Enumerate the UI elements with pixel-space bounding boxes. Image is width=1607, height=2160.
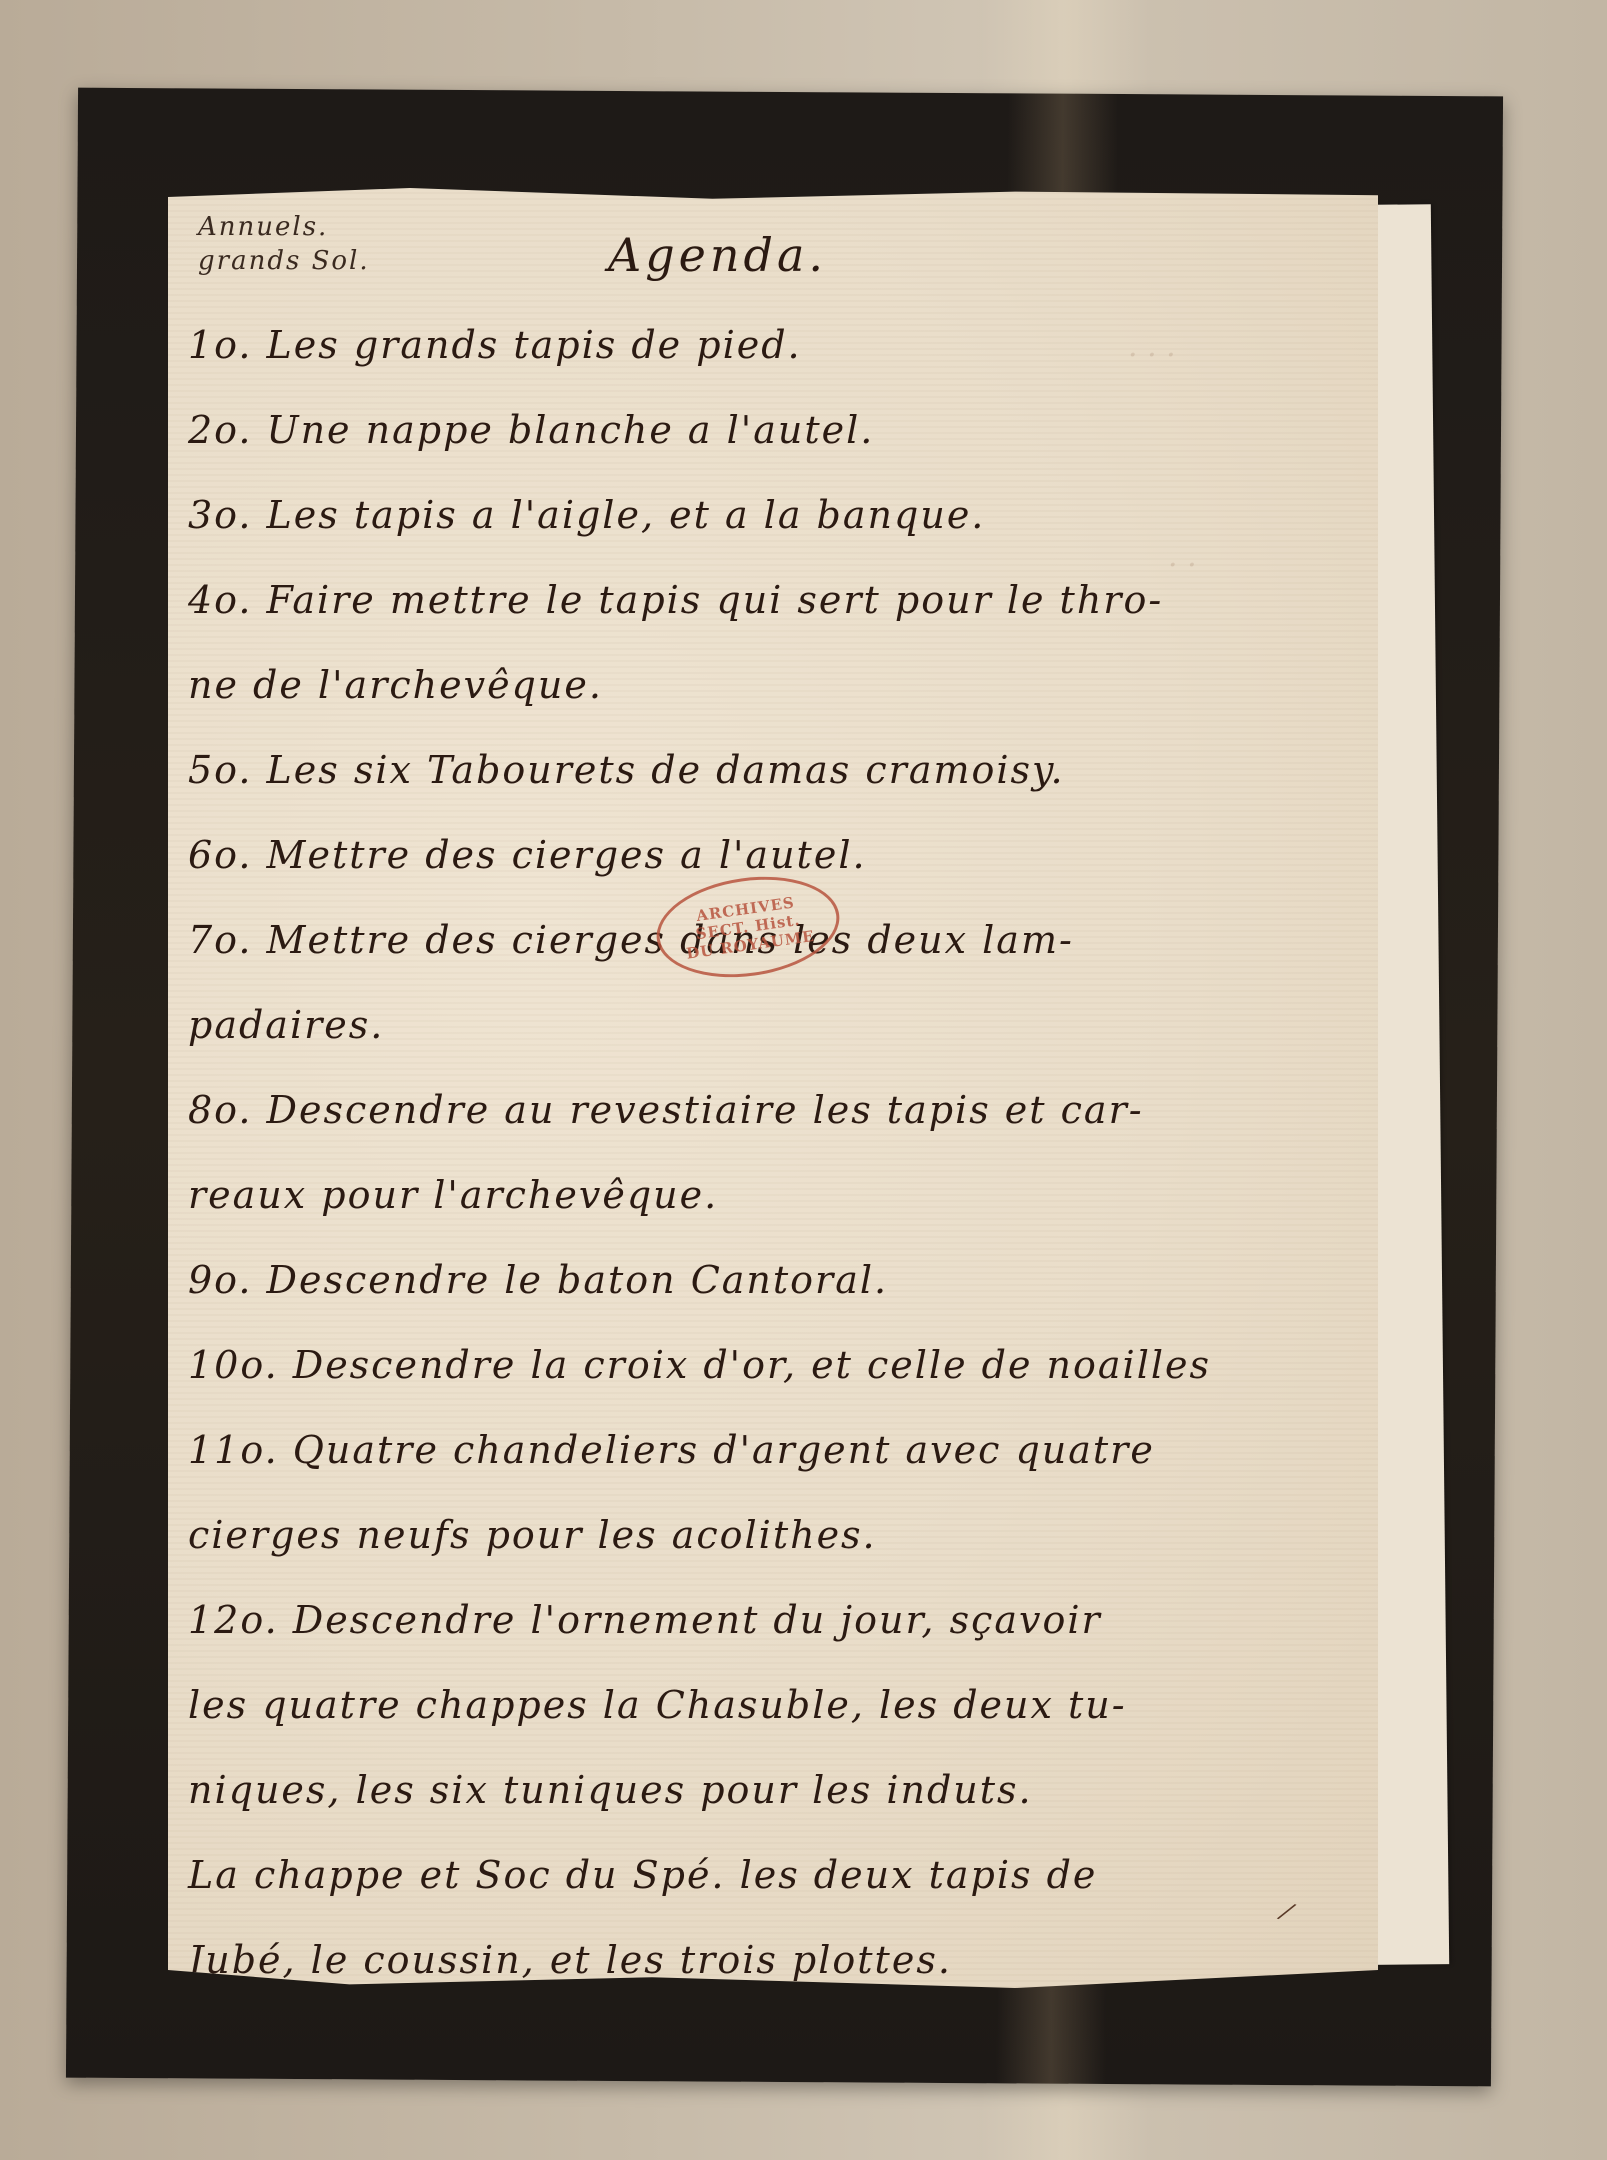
bleed-through-text: · · ·	[1128, 338, 1176, 373]
agenda-line: ne de l'archevêque.	[188, 663, 603, 707]
agenda-line: reaux pour l'archevêque.	[188, 1173, 718, 1217]
agenda-line: 5o. Les six Tabourets de damas cramoisy.	[188, 748, 1065, 792]
agenda-line: 9o. Descendre le baton Cantoral.	[188, 1258, 888, 1302]
corner-mark: ⁄	[1279, 1898, 1293, 1928]
margin-note-line: Annuels.	[198, 210, 370, 244]
agenda-line: 3o. Les tapis a l'aigle, et a la banque.	[188, 493, 985, 537]
bleed-through-text: · ·	[1168, 548, 1197, 583]
agenda-line: 1o. Les grands tapis de pied.	[188, 323, 802, 367]
agenda-line: 12o. Descendre l'ornement du jour, sçavo…	[188, 1598, 1102, 1642]
margin-note: Annuels. grands Sol.	[198, 210, 370, 278]
agenda-line: 7o. Mettre des cierges dans les deux lam…	[188, 918, 1074, 962]
agenda-line: 10o. Descendre la croix d'or, et celle d…	[188, 1343, 1211, 1387]
agenda-line: 8o. Descendre au revestiaire les tapis e…	[188, 1088, 1144, 1132]
page-title: Agenda.	[608, 228, 827, 282]
agenda-line: niques, les six tuniques pour les induts…	[188, 1768, 1033, 1812]
manuscript-page: · · · · · Annuels. grands Sol. Agenda. 1…	[168, 188, 1378, 1988]
margin-note-line: grands Sol.	[198, 244, 370, 278]
archives-stamp: ARCHIVES SECT. Hist. DU ROYAUME	[650, 866, 846, 989]
agenda-line: La chappe et Soc du Spé. les deux tapis …	[188, 1853, 1097, 1897]
agenda-line: Jubé, le coussin, et les trois plottes.	[188, 1938, 952, 1982]
agenda-line: les quatre chappes la Chasuble, les deux…	[188, 1683, 1127, 1727]
agenda-line: 2o. Une nappe blanche a l'autel.	[188, 408, 874, 452]
agenda-line: 6o. Mettre des cierges a l'autel.	[188, 833, 867, 877]
agenda-line: cierges neufs pour les acolithes.	[188, 1513, 877, 1557]
agenda-line: 4o. Faire mettre le tapis qui sert pour …	[188, 578, 1163, 622]
agenda-line: padaires.	[188, 1003, 384, 1047]
agenda-line: 11o. Quatre chandeliers d'argent avec qu…	[188, 1428, 1155, 1472]
